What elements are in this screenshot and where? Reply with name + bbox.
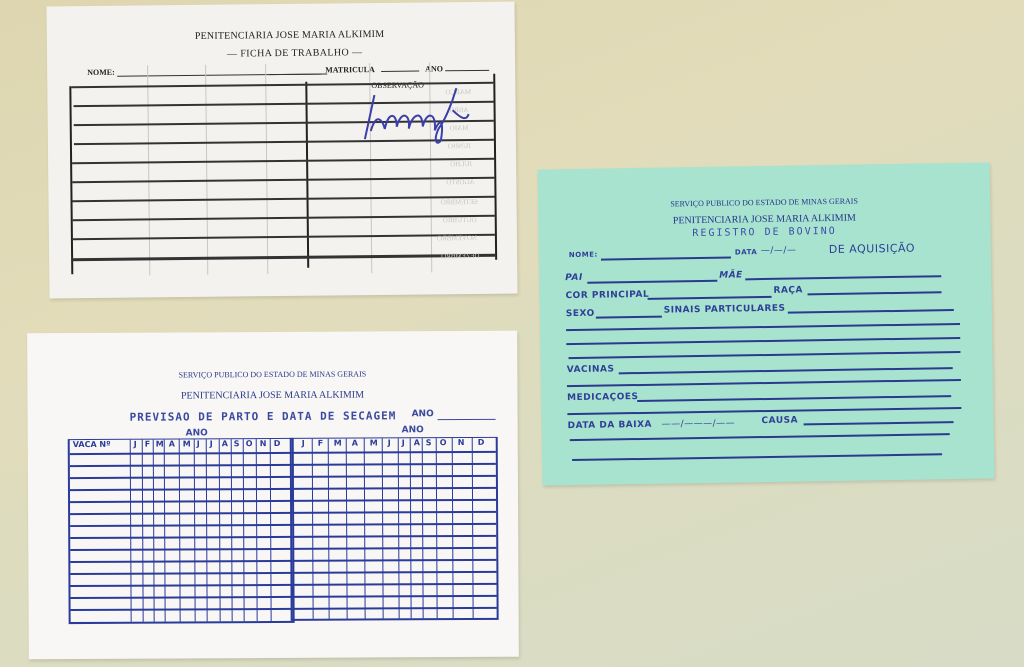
row	[70, 584, 292, 587]
row	[292, 511, 496, 514]
row	[292, 571, 496, 574]
month-header: M	[183, 439, 191, 448]
col	[270, 439, 272, 621]
blank-line	[568, 351, 960, 359]
col	[452, 438, 454, 618]
ghost-month: OUTUBRO	[443, 216, 477, 224]
agency-name: SERVIÇO PUBLICO DO ESTADO DE MINAS GERAI…	[538, 194, 990, 210]
ghost-month: DEZEMBRO	[441, 252, 480, 260]
row	[293, 607, 497, 610]
column-divider	[147, 65, 150, 275]
row	[292, 487, 496, 490]
month-header: S	[234, 439, 240, 448]
col	[130, 440, 132, 622]
institution-name: PENITENCIARIA JOSE MARIA ALKIMIM	[195, 29, 385, 42]
month-header: J	[388, 438, 391, 447]
ghost-month: NOVEMBRO	[437, 234, 477, 242]
row	[71, 596, 293, 599]
row	[70, 572, 292, 575]
ano-line	[438, 419, 496, 420]
mae-line	[745, 275, 941, 280]
month-header: M	[370, 438, 378, 447]
right-border	[493, 74, 497, 260]
row	[292, 463, 496, 466]
month-header: A	[222, 439, 228, 448]
row	[293, 595, 497, 598]
col	[231, 439, 233, 621]
row	[70, 548, 292, 551]
row	[292, 499, 496, 502]
baixa-blank: ——/———/——	[661, 418, 735, 429]
month-header: A	[169, 440, 175, 449]
blank-line	[570, 433, 950, 441]
nome-label: NOME:	[87, 68, 115, 77]
pai-label: PAI	[565, 273, 583, 283]
row	[292, 451, 496, 454]
blank-line	[567, 379, 961, 387]
ano-label: ANO	[412, 409, 434, 419]
blank-line	[572, 453, 942, 460]
col	[164, 440, 166, 622]
month-header: D	[274, 439, 281, 448]
pai-line	[587, 280, 717, 284]
data-label: DATA	[735, 248, 757, 256]
month-header: O	[246, 439, 253, 448]
raca-line	[808, 291, 942, 295]
row	[70, 512, 292, 515]
col	[398, 438, 400, 618]
row	[292, 583, 496, 586]
medicacoes-label: MEDICAÇOES	[567, 392, 639, 403]
row	[70, 536, 292, 539]
row	[292, 475, 496, 478]
month-header: M	[334, 439, 342, 448]
sexo-line	[596, 316, 662, 319]
month-header: M	[156, 440, 164, 449]
left-calendar-grid: VACA Nº J F M A M J J A S O N D	[68, 438, 295, 624]
row	[70, 560, 292, 563]
col	[410, 438, 412, 618]
month-header: J	[134, 440, 137, 449]
col	[422, 438, 424, 618]
vacinas-line	[619, 367, 953, 374]
col	[256, 439, 258, 621]
sinais-line	[788, 309, 954, 313]
row	[292, 523, 496, 526]
grid-header: VACA Nº J F M A M J J A S O N D	[70, 439, 292, 453]
causa-line	[804, 421, 954, 425]
form-title: PREVISAO DE PARTO E DATA DE SECAGEM	[130, 409, 397, 423]
agency-name: SERVIÇO PUBLICO DO ESTADO DE MINAS GERAI…	[27, 369, 517, 381]
row	[70, 476, 292, 479]
ano-label: ANO	[425, 64, 443, 73]
col	[382, 438, 384, 618]
col	[312, 439, 314, 619]
nome-line-2	[269, 74, 321, 76]
ghost-month: AGOSTO	[446, 178, 474, 186]
month-header: J	[210, 439, 213, 448]
vacinas-label: VACINAS	[567, 364, 615, 375]
data-blank: —/—/—	[761, 246, 797, 257]
data-da-baixa-label: DATA DA BAIXA	[568, 420, 653, 431]
col	[206, 439, 208, 621]
vaca-column-header: VACA Nº	[73, 440, 111, 449]
row	[70, 500, 292, 503]
left-group-label: ANO	[186, 428, 208, 438]
col	[364, 439, 366, 619]
blank-line	[566, 337, 960, 345]
month-header: O	[440, 438, 447, 447]
registro-de-bovino-card: SERVIÇO PUBLICO DO ESTADO DE MINAS GERAI…	[538, 162, 995, 485]
col	[436, 438, 438, 618]
form-title: — FICHA DE TRABALHO —	[227, 47, 363, 59]
row	[70, 464, 292, 467]
nome-label: NOME:	[569, 251, 598, 259]
month-header: A	[414, 438, 420, 447]
previsao-de-parto-card: SERVIÇO PUBLICO DO ESTADO DE MINAS GERAI…	[27, 331, 519, 660]
middle-border	[305, 82, 309, 268]
month-header: D	[478, 438, 485, 447]
grid-header: J F M A M J J A S O N D	[292, 438, 496, 452]
cor-principal-line	[648, 296, 772, 299]
signature-icon	[352, 80, 473, 151]
col	[179, 439, 181, 621]
col	[219, 439, 221, 621]
matricula-label: MATRICULA	[325, 65, 375, 75]
blank-line	[566, 323, 960, 331]
month-header: N	[260, 439, 267, 448]
ano-line	[445, 70, 489, 71]
right-calendar-grid: J F M A M J J A S O N D	[290, 437, 499, 621]
col	[243, 439, 245, 621]
ghost-month: JULHO	[450, 160, 472, 168]
sexo-label: SEXO	[566, 309, 595, 319]
sinais-particulares-label: SINAIS PARTICULARES	[664, 304, 786, 316]
row	[292, 559, 496, 562]
col	[328, 439, 330, 619]
right-group-label: ANO	[402, 425, 424, 435]
blank-line	[567, 407, 961, 415]
cor-principal-label: COR PRINCIPAL	[565, 290, 649, 301]
row	[70, 524, 292, 527]
nome-line	[601, 257, 731, 261]
medicacoes-line	[637, 395, 951, 401]
causa-label: CAUSA	[761, 416, 798, 427]
row	[71, 608, 293, 611]
month-header: J	[197, 439, 200, 448]
col	[346, 439, 348, 619]
col	[153, 440, 155, 622]
row	[70, 452, 292, 455]
month-header: F	[145, 440, 151, 449]
col	[194, 439, 196, 621]
month-header: N	[458, 438, 465, 447]
column-divider	[265, 64, 268, 274]
col	[142, 440, 144, 622]
col	[472, 438, 474, 618]
month-header: J	[302, 439, 305, 448]
row	[70, 488, 292, 491]
institution-name: PENITENCIARIA JOSE MARIA ALKIMIM	[27, 389, 517, 403]
de-aquisicao-label: DE AQUISIÇÃO	[829, 242, 915, 256]
month-header: S	[426, 438, 432, 447]
column-divider	[205, 65, 208, 275]
row	[292, 547, 496, 550]
month-header: J	[402, 438, 405, 447]
month-header: F	[318, 439, 324, 448]
matricula-line	[381, 71, 419, 72]
ficha-de-trabalho-card: PENITENCIARIA JOSE MARIA ALKIMIM — FICHA…	[46, 2, 517, 299]
row	[292, 535, 496, 538]
month-header: A	[352, 439, 358, 448]
raca-label: RAÇA	[773, 285, 803, 295]
mae-label: MÃE	[719, 270, 743, 280]
ghost-month: SETEMBRO	[441, 198, 478, 206]
